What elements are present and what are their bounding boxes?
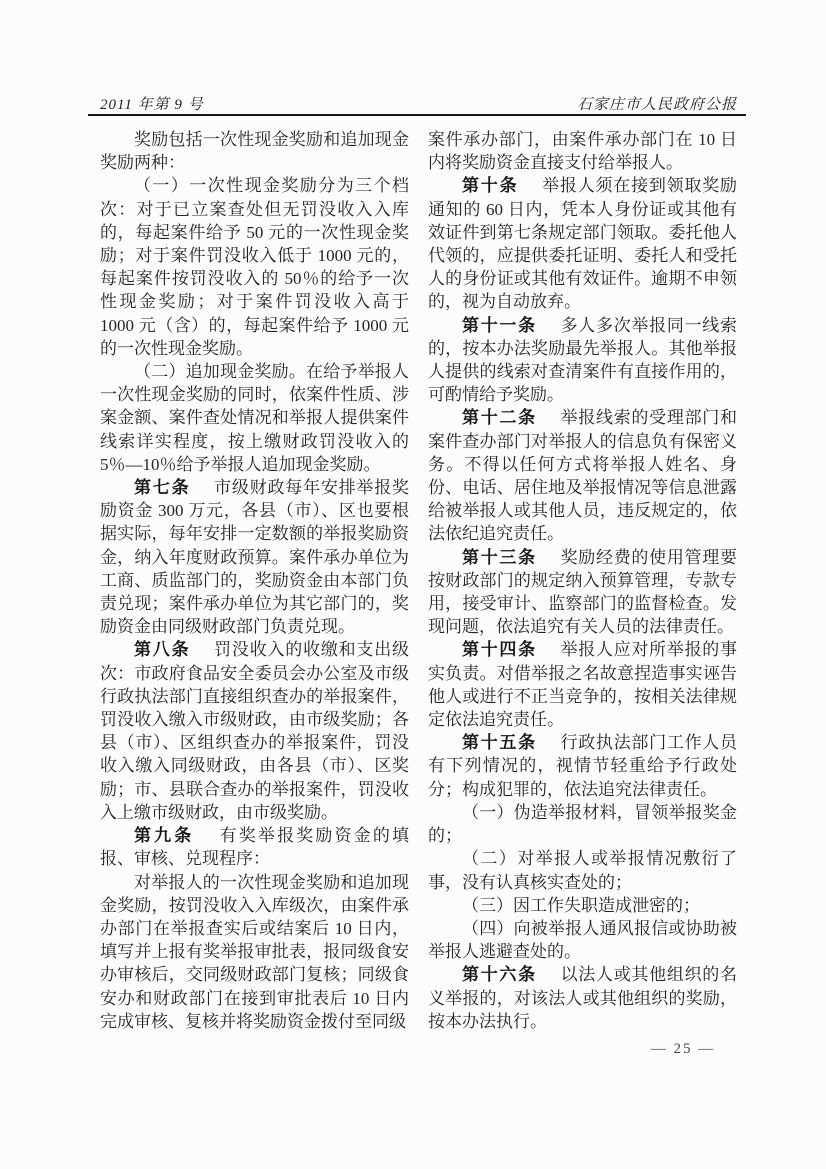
gazette-title: 石家庄市人民政府公报 xyxy=(577,93,737,114)
paragraph: 第十六条 以法人或其他组织的名义举报的，对该法人或其他组织的奖励，按本办法执行。 xyxy=(428,963,737,1033)
issue-number: 2011 年第 9 号 xyxy=(100,93,204,114)
right-column: 案件承办部门，由案件承办部门在 10 日内将奖励资金直接支付给举报人。第十条 举… xyxy=(428,128,737,1033)
paragraph: （二）追加现金奖励。在给予举报人一次性现金奖励的同时，依案件性质、涉案金额、案件… xyxy=(100,360,409,476)
paragraph: 第十一条 多人多次举报同一线索的，按本办法奖励最先举报人。其他举报人提供的线索对… xyxy=(428,314,737,407)
article-number: 第十条 xyxy=(462,176,518,195)
paragraph: 第十条 举报人须在接到领取奖励通知的 60 日内，凭本人身份证或其他有效证件到第… xyxy=(428,174,737,313)
page-header: 2011 年第 9 号 石家庄市人民政府公报 xyxy=(100,93,737,114)
header-rule xyxy=(88,114,746,116)
paragraph: 第八条 罚没收入的收缴和支出级次：市政府食品安全委员会办公室及市级行政执法部门直… xyxy=(100,638,409,824)
paragraph: （三）因工作失职造成泄密的； xyxy=(428,894,737,917)
paragraph: 第九条 有奖举报奖励资金的填报、审核、兑现程序： xyxy=(100,824,409,870)
paragraph: 第十四条 举报人应对所举报的事实负责。对借举报之名故意捏造事实诬告他人或进行不正… xyxy=(428,638,737,731)
paragraph: 第十三条 奖励经费的使用管理要按财政部门的规定纳入预算管理，专款专用，接受审计、… xyxy=(428,546,737,639)
article-number: 第七条 xyxy=(134,478,190,497)
article-body: 奖励包括一次性现金奖励和追加现金奖励两种：（一）一次性现金奖励分为三个档次：对于… xyxy=(100,128,737,1033)
paragraph: （四）向被举报人通风报信或协助被举报人逃避查处的。 xyxy=(428,917,737,963)
article-number: 第十六条 xyxy=(462,965,537,984)
paragraph: 第十二条 举报线索的受理部门和案件查办部门对举报人的信息负有保密义务。不得以任何… xyxy=(428,406,737,545)
paragraph: （二）对举报人或举报情况敷衍了事，没有认真核实查处的； xyxy=(428,847,737,893)
article-number: 第九条 xyxy=(134,826,194,845)
article-number: 第十三条 xyxy=(462,548,537,567)
paragraph: （一）一次性现金奖励分为三个档次：对于已立案查处但无罚没收入入库的，每起案件给予… xyxy=(100,174,409,360)
gazette-page: 2011 年第 9 号 石家庄市人民政府公报 奖励包括一次性现金奖励和追加现金奖… xyxy=(0,0,826,1169)
paragraph: （一）伪造举报材料，冒领举报奖金的； xyxy=(428,801,737,847)
article-number: 第十五条 xyxy=(462,733,537,752)
article-number: 第十二条 xyxy=(462,408,537,427)
page-footer: — 25 — xyxy=(608,1041,758,1058)
paragraph: 第十五条 行政执法部门工作人员有下列情况的，视情节轻重给予行政处分；构成犯罪的，… xyxy=(428,731,737,801)
left-column: 奖励包括一次性现金奖励和追加现金奖励两种：（一）一次性现金奖励分为三个档次：对于… xyxy=(100,128,409,1033)
article-number: 第八条 xyxy=(134,640,190,659)
paragraph: 第七条 市级财政每年安排举报奖励资金 300 万元，各县（市）、区也要根据实际，… xyxy=(100,476,409,638)
paragraph: 案件承办部门，由案件承办部门在 10 日内将奖励资金直接支付给举报人。 xyxy=(428,128,737,174)
article-number: 第十四条 xyxy=(462,640,537,659)
paragraph: 奖励包括一次性现金奖励和追加现金奖励两种： xyxy=(100,128,409,174)
page-number: — 25 — xyxy=(651,1041,716,1057)
paragraph: 对举报人的一次性现金奖励和追加现金奖励，按罚没收入入库级次，由案件承办部门在举报… xyxy=(100,871,409,1033)
article-number: 第十一条 xyxy=(462,316,537,335)
